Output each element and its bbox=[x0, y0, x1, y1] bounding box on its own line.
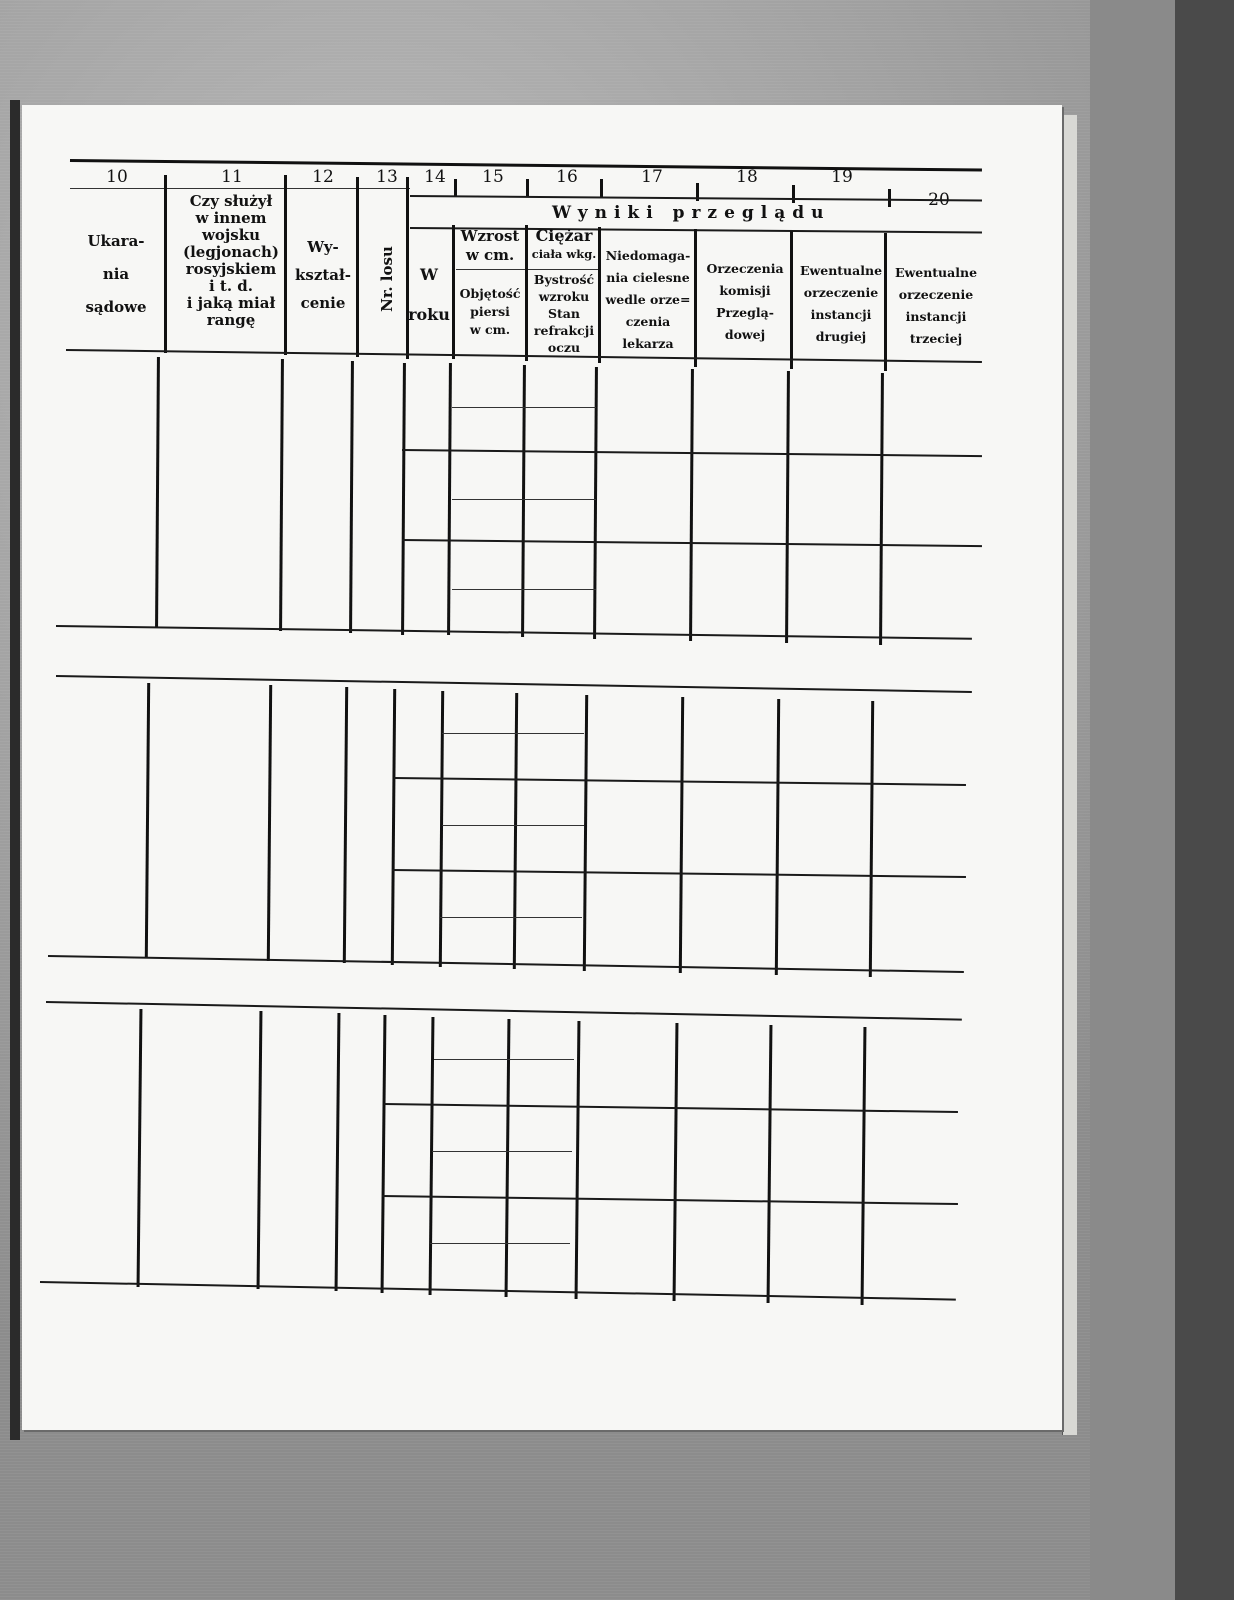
header-col-divider bbox=[525, 225, 528, 361]
header-line: orzeczenie bbox=[794, 282, 888, 304]
col-number-13: 13 bbox=[362, 167, 412, 187]
half-row-rule bbox=[442, 733, 584, 734]
block-col-divider bbox=[673, 1023, 679, 1301]
header-line: wojsku bbox=[172, 227, 290, 244]
header-line: komisji bbox=[698, 280, 792, 302]
half-row-rule bbox=[440, 917, 582, 918]
block-bottom-rule bbox=[40, 1281, 956, 1301]
half-row-rule bbox=[452, 589, 596, 590]
block-col-divider bbox=[349, 361, 354, 633]
header-line: nia cielesne bbox=[602, 267, 694, 289]
col-number-18: 18 bbox=[702, 167, 792, 187]
col-number-16: 16 bbox=[532, 167, 602, 187]
header-line: Wy- bbox=[286, 233, 360, 261]
header-col-divider bbox=[598, 227, 601, 363]
header-line: Wzrost bbox=[454, 227, 526, 246]
block-col-divider bbox=[391, 689, 396, 965]
number-separator bbox=[792, 185, 795, 203]
block-col-divider bbox=[335, 1013, 341, 1291]
half-row-rule bbox=[432, 1151, 572, 1152]
header-bottom-rule bbox=[66, 349, 982, 363]
col-16-split-rule bbox=[528, 269, 600, 270]
header-col-10: Ukara- nia sądowe bbox=[74, 225, 158, 324]
header-col-18: Orzeczenia komisji Przeglą- dowej bbox=[698, 258, 792, 346]
header-col-11: Czy służył w innem wojsku (legjonach) ro… bbox=[172, 193, 290, 329]
header-col-16-bottom: Bystrość wzroku Stan refrakcji oczu bbox=[528, 271, 600, 356]
header-line: dowej bbox=[698, 324, 792, 346]
scan-surface-strip bbox=[1090, 0, 1175, 1600]
block-col-divider bbox=[861, 1027, 867, 1305]
half-row-rule bbox=[434, 1059, 574, 1060]
block-top-rule bbox=[56, 675, 972, 693]
header-line: cenie bbox=[286, 289, 360, 317]
header-line: trzeciej bbox=[888, 328, 984, 350]
block-col-divider bbox=[145, 683, 150, 957]
block-col-divider bbox=[381, 1015, 387, 1293]
header-line: piersi bbox=[454, 303, 526, 321]
header-col-divider bbox=[406, 177, 409, 359]
header-line: w cm. bbox=[454, 246, 526, 265]
header-line: Ciężar bbox=[528, 227, 600, 245]
header-line: Orzeczenia bbox=[698, 258, 792, 280]
header-line: Ukara- bbox=[74, 225, 158, 258]
half-row-rule bbox=[442, 825, 584, 826]
header-line: instancji bbox=[794, 304, 888, 326]
header-col-15-top: Wzrost w cm. bbox=[454, 227, 526, 265]
col-number-11: 11 bbox=[182, 167, 282, 187]
header-line: refrakcji bbox=[528, 322, 600, 339]
block-col-divider bbox=[343, 687, 348, 963]
sub-row-rule bbox=[382, 1195, 958, 1205]
half-row-rule bbox=[452, 407, 596, 408]
half-row-rule bbox=[452, 499, 596, 500]
header-line: Ewentualne bbox=[888, 262, 984, 284]
header-col-17: Niedomaga- nia cielesne wedle orze= czen… bbox=[602, 245, 694, 355]
header-line: (legjonach) bbox=[172, 244, 290, 261]
col-number-17: 17 bbox=[607, 167, 697, 187]
header-col-divider bbox=[884, 233, 887, 371]
col-number-10: 10 bbox=[82, 167, 152, 187]
block-col-divider bbox=[401, 363, 406, 635]
header-col-15-bottom: Objętość piersi w cm. bbox=[454, 285, 526, 339]
block-col-divider bbox=[505, 1019, 511, 1297]
header-line: Objętość bbox=[454, 285, 526, 303]
block-col-divider bbox=[279, 359, 284, 631]
header-line: i jaką miał bbox=[172, 295, 290, 312]
block-col-divider bbox=[575, 1021, 581, 1299]
block-col-divider bbox=[879, 373, 884, 645]
col-number-14: 14 bbox=[414, 167, 456, 187]
block-col-divider bbox=[521, 365, 526, 637]
page-edge-stack bbox=[1062, 115, 1077, 1435]
header-line: w innem bbox=[172, 210, 290, 227]
block-col-divider bbox=[513, 693, 518, 969]
header-col-divider bbox=[452, 225, 455, 359]
header-col-12: Wy- kształ- cenie bbox=[286, 233, 360, 317]
header-line: nia bbox=[74, 258, 158, 291]
sub-row-rule bbox=[384, 1103, 958, 1113]
header-line: roku bbox=[406, 295, 452, 335]
header-line: wedle orze= bbox=[602, 289, 694, 311]
number-separator bbox=[526, 179, 529, 197]
header-line: instancji bbox=[888, 306, 984, 328]
header-col-13: Nr. losu bbox=[378, 244, 396, 314]
header-col-divider bbox=[164, 175, 167, 353]
block-top-rule bbox=[46, 1001, 962, 1021]
block-col-divider bbox=[767, 1025, 773, 1303]
header-col-divider bbox=[284, 175, 287, 355]
block-col-divider bbox=[869, 701, 874, 977]
header-col-19: Ewentualne orzeczenie instancji drugiej bbox=[794, 260, 888, 348]
header-line: w cm. bbox=[454, 321, 526, 339]
header-line: Czy służył bbox=[172, 193, 290, 210]
header-line: oczu bbox=[528, 339, 600, 356]
col-15-split-rule bbox=[456, 269, 526, 270]
header-line: rangę bbox=[172, 312, 290, 329]
col-number-12: 12 bbox=[290, 167, 356, 187]
header-line: rosyjskiem bbox=[172, 261, 290, 278]
block-col-divider bbox=[689, 369, 694, 641]
number-rule bbox=[70, 188, 410, 189]
block-bottom-rule bbox=[48, 955, 964, 973]
header-line: i t. d. bbox=[172, 278, 290, 295]
number-separator bbox=[454, 179, 457, 197]
half-row-rule bbox=[430, 1243, 570, 1244]
section-title-wyniki-przegladu: Wyniki przeglądu bbox=[552, 203, 831, 223]
header-line: czenia bbox=[602, 311, 694, 333]
header-line: kształ- bbox=[286, 261, 360, 289]
block-col-divider bbox=[785, 371, 790, 643]
header-line: wzroku bbox=[528, 288, 600, 305]
form-page: 10 11 12 13 14 15 16 17 18 19 20 Wyniki … bbox=[22, 105, 1062, 1430]
col-number-19: 19 bbox=[797, 167, 887, 187]
block-col-divider bbox=[137, 1009, 143, 1287]
header-line: Przeglą- bbox=[698, 302, 792, 324]
header-col-14: W roku bbox=[406, 255, 452, 335]
number-separator bbox=[600, 179, 603, 197]
header-col-20: Ewentualne orzeczenie instancji trzeciej bbox=[888, 262, 984, 350]
book-binding bbox=[10, 100, 20, 1440]
col-number-15: 15 bbox=[462, 167, 524, 187]
header-col-divider bbox=[790, 231, 793, 369]
header-line: sądowe bbox=[74, 291, 158, 324]
header-line: lekarza bbox=[602, 333, 694, 355]
block-col-divider bbox=[583, 695, 588, 971]
block-col-divider bbox=[679, 697, 684, 973]
header-line: drugiej bbox=[794, 326, 888, 348]
header-line: W bbox=[406, 255, 452, 295]
header-line: Ewentualne bbox=[794, 260, 888, 282]
header-line: ciała wkg. bbox=[528, 245, 600, 263]
header-col-divider bbox=[694, 229, 697, 367]
header-line: Stan bbox=[528, 305, 600, 322]
header-col-divider bbox=[356, 177, 359, 357]
scan-dark-edge bbox=[1175, 0, 1234, 1600]
header-col-16-top: Ciężar ciała wkg. bbox=[528, 227, 600, 263]
block-col-divider bbox=[267, 685, 272, 961]
header-line: orzeczenie bbox=[888, 284, 984, 306]
block-col-divider bbox=[775, 699, 780, 975]
header-line: Bystrość bbox=[528, 271, 600, 288]
block-bottom-rule bbox=[56, 625, 972, 640]
block-col-divider bbox=[155, 357, 160, 627]
block-col-divider bbox=[257, 1011, 263, 1289]
header-line: Niedomaga- bbox=[602, 245, 694, 267]
